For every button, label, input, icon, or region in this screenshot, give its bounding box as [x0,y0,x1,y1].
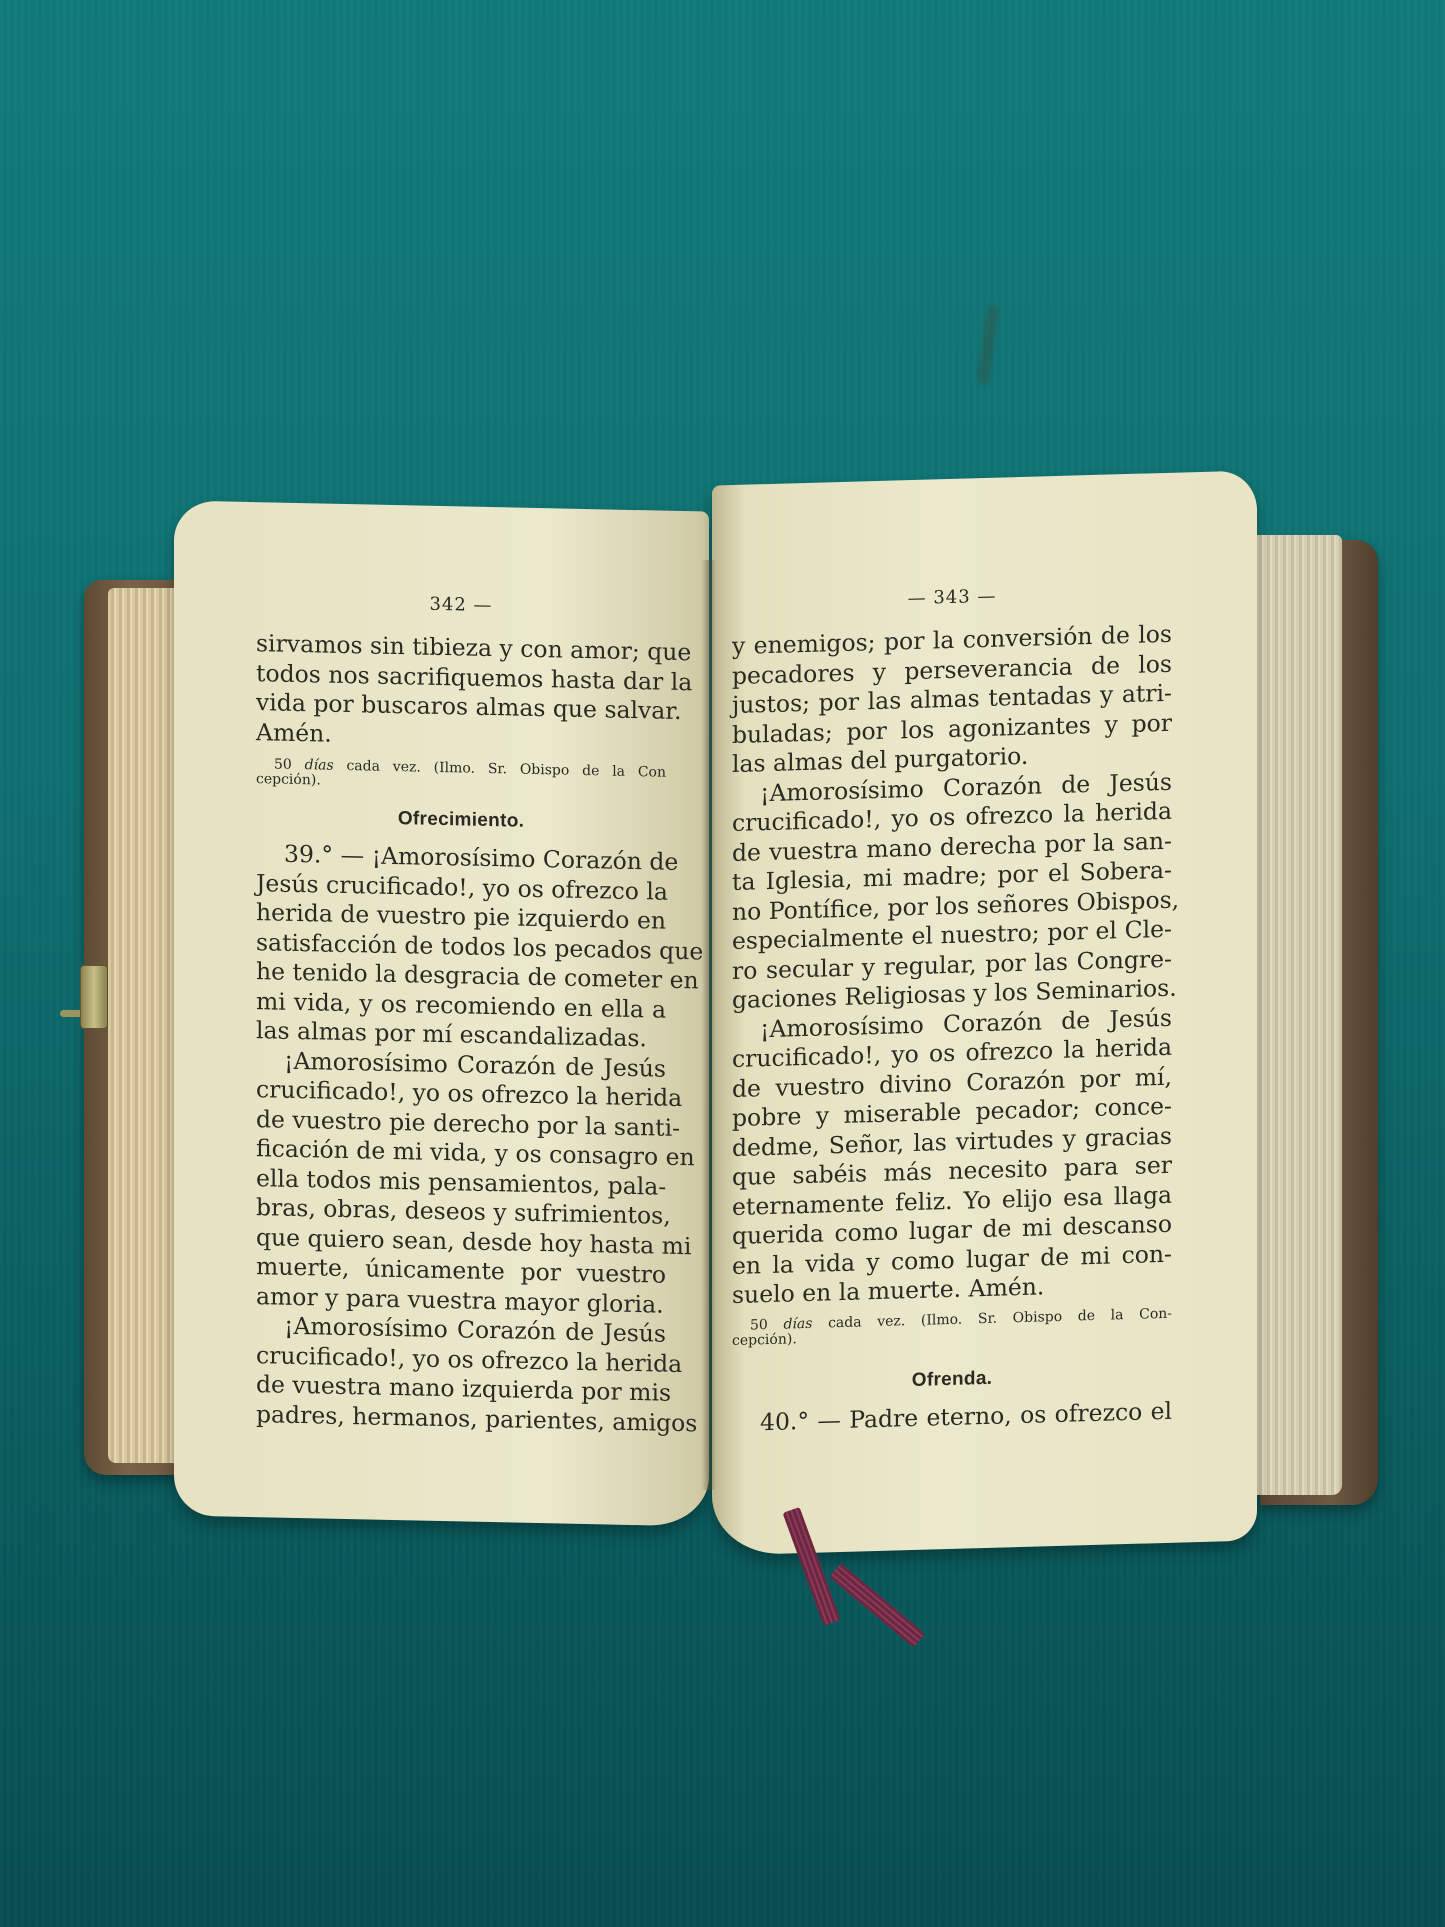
page-number-342: 342 — [256,590,666,620]
left-page: 342 — sirvamos sin tibieza y con amor; q… [174,500,709,1526]
right-page-text: — 343 — y enemigos; por la conversión de… [732,581,1172,1438]
right-page: — 343 — y enemigos; por la conversión de… [712,470,1257,1555]
page-edges-left [108,588,184,1463]
bookmark-ribbon-tail-icon [829,1563,925,1647]
text-line: 40.° — Padre eterno, os ofrezco el [732,1396,1172,1438]
left-page-text: 342 — sirvamos sin tibieza y con amor; q… [256,590,666,1438]
section-heading-ofrenda: Ofrenda. [732,1362,1172,1396]
book-gutter [702,560,716,1490]
page-number-343: — 343 — [732,581,1172,614]
brass-clasp-icon [80,965,108,1029]
section-heading-ofrecimiento: Ofrecimiento. [256,805,666,836]
background-stain [976,305,999,386]
